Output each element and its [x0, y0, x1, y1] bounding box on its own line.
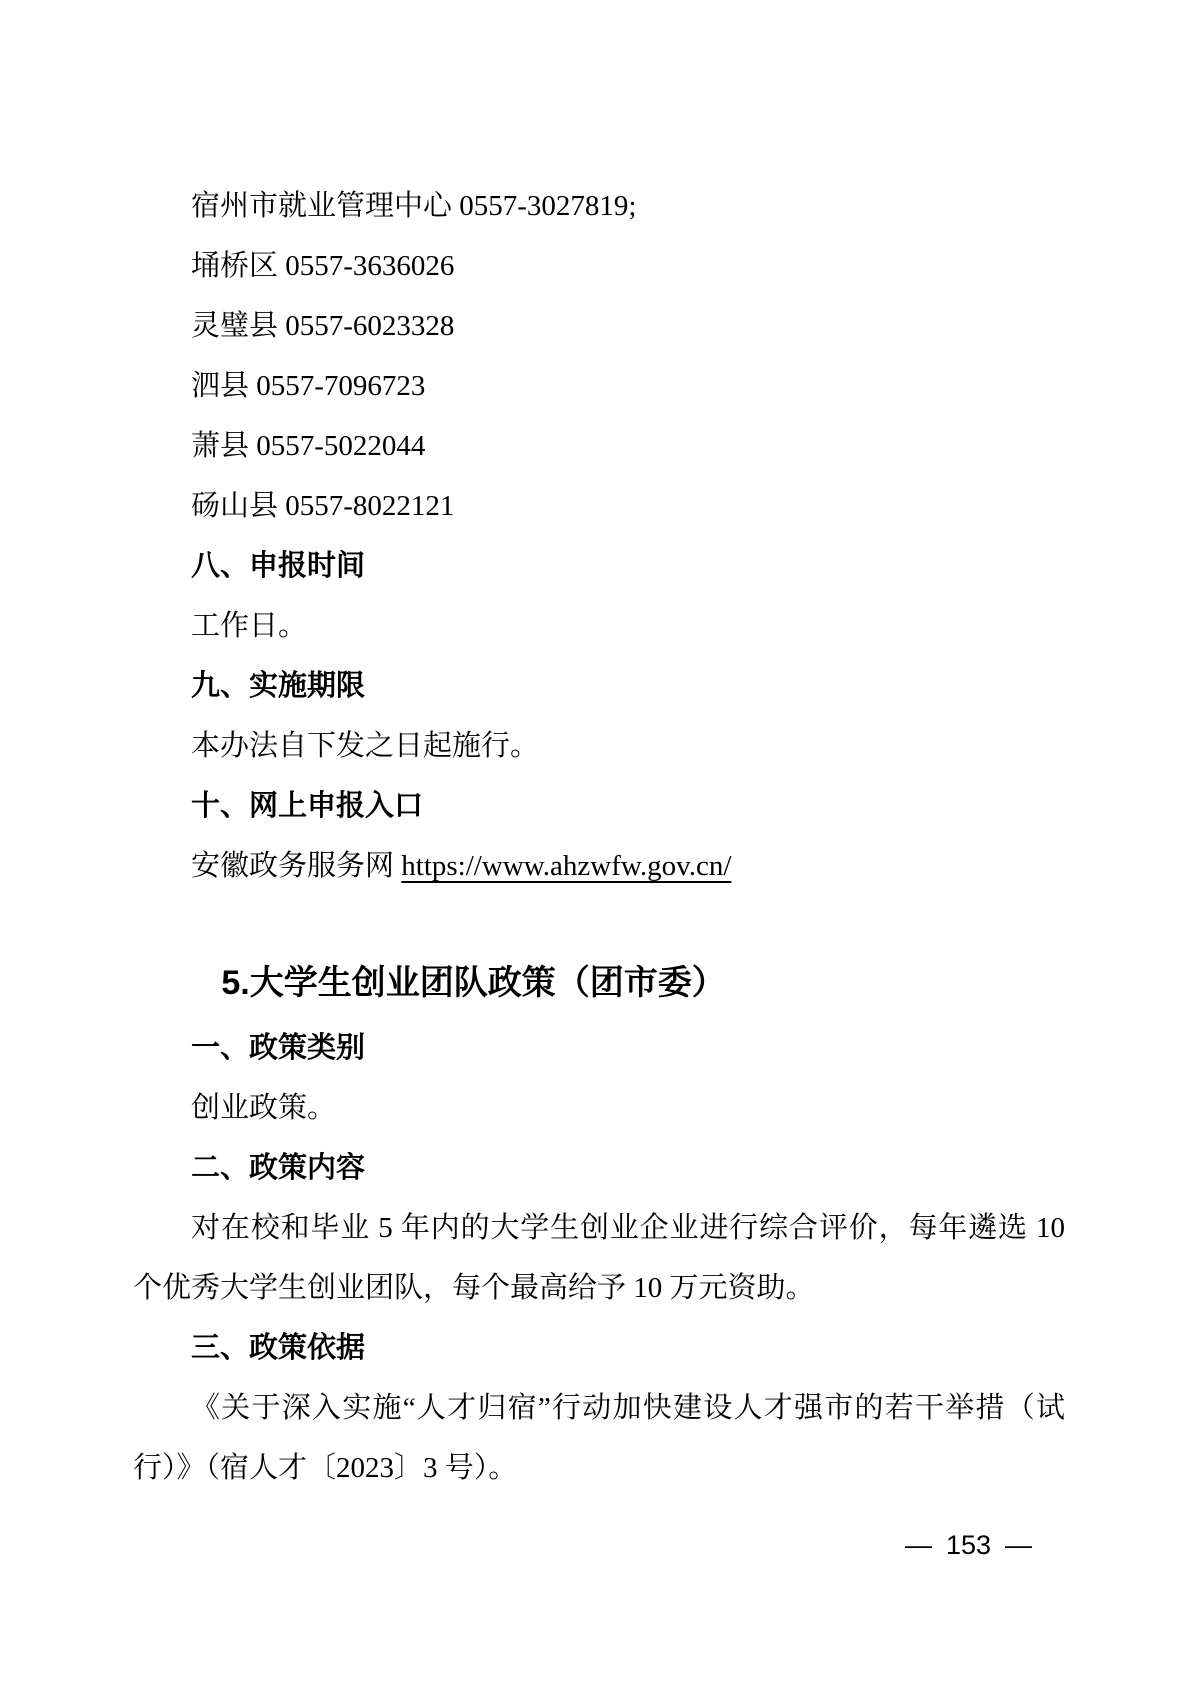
document-page: 宿州市就业管理中心 0557-3027819; 埇桥区 0557-3636026… [0, 0, 1190, 1683]
section-heading-policy-basis: 三、政策依据 [133, 1318, 1065, 1378]
policy-title: 5.大学生创业团队政策（团市委） [133, 948, 1065, 1018]
contact-line-lingbi: 灵璧县 0557-6023328 [133, 296, 1065, 356]
footer-left-dash: — [905, 1528, 932, 1562]
document-body: 宿州市就业管理中心 0557-3027819; 埇桥区 0557-3636026… [133, 176, 1065, 1498]
ahzwfw-link[interactable]: https://www.ahzwfw.gov.cn/ [401, 850, 731, 882]
body-working-days: 工作日。 [133, 596, 1065, 656]
portal-line: 安徽政务服务网 https://www.ahzwfw.gov.cn/ [133, 836, 1065, 896]
footer-right-dash: — [1005, 1528, 1032, 1562]
contact-line-xiaoxian: 萧县 0557-5022044 [133, 416, 1065, 476]
body-effective-date: 本办法自下发之日起施行。 [133, 716, 1065, 776]
section-heading-policy-content: 二、政策内容 [133, 1138, 1065, 1198]
section-heading-application-time: 八、申报时间 [133, 536, 1065, 596]
contact-line-dangshan: 砀山县 0557-8022121 [133, 476, 1065, 536]
page-footer: — 153 — [905, 1528, 1032, 1562]
body-policy-content: 对在校和毕业 5 年内的大学生创业企业进行综合评价，每年遴选 10 个优秀大学生… [133, 1198, 1065, 1318]
section-heading-implementation-period: 九、实施期限 [133, 656, 1065, 716]
portal-site-name: 安徽政务服务网 [191, 850, 401, 882]
body-policy-category: 创业政策。 [133, 1078, 1065, 1138]
contact-line-sixian: 泗县 0557-7096723 [133, 356, 1065, 416]
body-policy-basis: 《关于深入实施“人才归宿”行动加快建设人才强市的若干举措（试行）》（宿人才〔20… [133, 1378, 1065, 1498]
contact-line-employment-center: 宿州市就业管理中心 0557-3027819; [133, 176, 1065, 236]
section-heading-online-portal: 十、网上申报入口 [133, 776, 1065, 836]
section-heading-policy-category: 一、政策类别 [133, 1018, 1065, 1078]
page-number: 153 [946, 1528, 991, 1562]
contact-line-yongqiao: 埇桥区 0557-3636026 [133, 236, 1065, 296]
